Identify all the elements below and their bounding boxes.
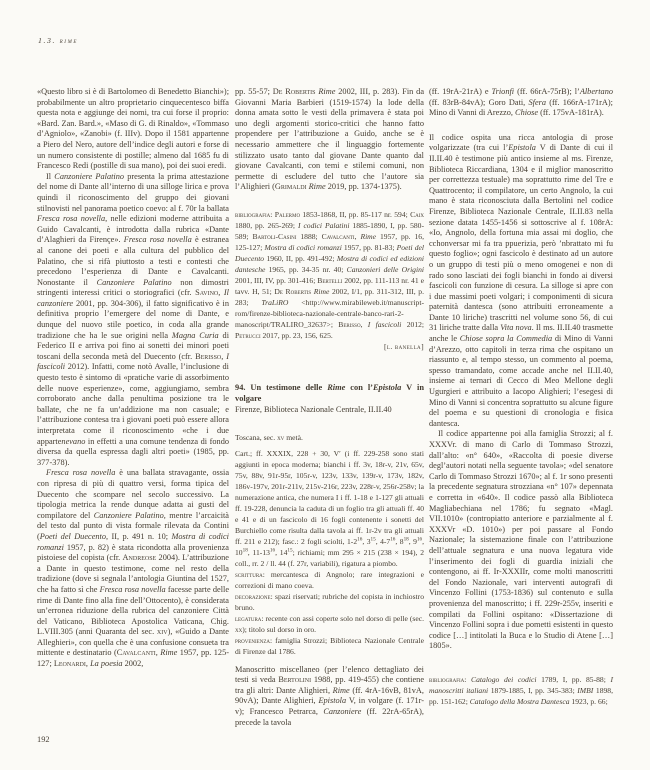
text-column-1: «Questo libro si è di Bartolomeo di Bene…: [37, 87, 229, 670]
book-page: 1.3. rime «Questo libro si è di Bartolom…: [0, 0, 650, 770]
entry-shelfmark: Firenze, Biblioteca Nazionale Centrale, …: [235, 405, 424, 416]
page-number: 192: [37, 735, 50, 744]
bibliography-entry-93: bibliografia: Palermo 1853-1868, II, pp.…: [235, 209, 424, 341]
bibliography-entry-94: bibliografia: Catalogo dei codici 1789, …: [429, 674, 613, 707]
content-description: Manoscritto miscellaneo (per l’elenco de…: [235, 665, 424, 729]
running-header: 1.3. rime: [38, 36, 78, 45]
codex-description: Il codice ospita una ricca antologia di …: [429, 133, 613, 430]
author-signature: [l. banella]: [235, 341, 424, 352]
paragraph-attribution: pp. 55-57; De Robertis Rime 2002, III, p…: [235, 87, 424, 193]
text-column-2: pp. 55-57; De Robertis Rime 2002, III, p…: [235, 87, 424, 728]
text-column-3: (ff. 19rA-21rA) e Trionfi (ff. 66rA-75rB…: [429, 87, 613, 707]
entry-heading: 94. Un testimone delle Rime con l’Episto…: [235, 382, 424, 404]
entry-origin: Toscana, sec. xv metà.: [235, 432, 424, 443]
scrittura-note: scrittura: mercantesca di Angnolo; rare …: [235, 569, 424, 591]
provenance-history: Il codice appartenne poi alla famiglia S…: [429, 429, 613, 651]
paragraph-provenance-note: «Questo libro si è di Bartolomeo di Bene…: [37, 87, 229, 172]
codicological-description: Cart.; ff. XXXIX, 228 + 30, V′ (i ff. 22…: [235, 448, 424, 569]
decorazione-note: decorazione: spazi riservati; rubriche d…: [235, 591, 424, 613]
legatura-note: legatura: recente con assi coperte solo …: [235, 613, 424, 635]
paragraph-canzoniere-palatino: Il Canzoniere Palatino presenta la prima…: [37, 172, 229, 469]
paragraph-fresca-rosa: Fresca rosa novella è una ballata strava…: [37, 468, 229, 669]
content-continuation: (ff. 19rA-21rA) e Trionfi (ff. 66rA-75rB…: [429, 87, 613, 119]
provenienza-note: provenienza: famiglia Strozzi; Bibliotec…: [235, 635, 424, 657]
